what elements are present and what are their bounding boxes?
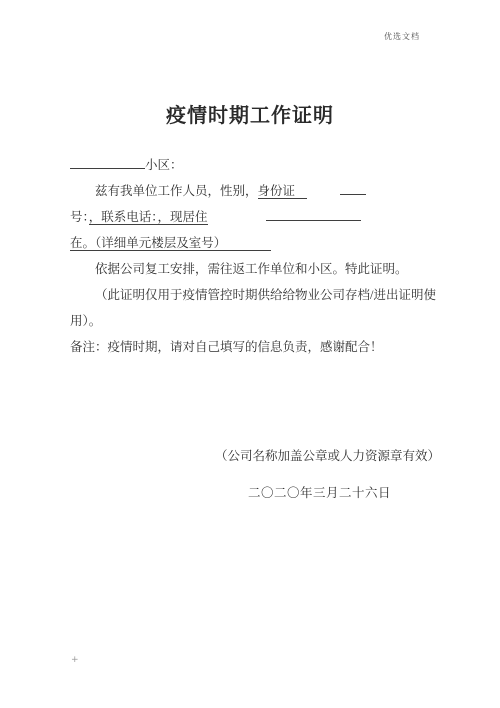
- community-label: 小区：: [145, 158, 183, 172]
- note-text: 备注：疫情时期，请对自己填写的信息负责，感谢配合！: [70, 340, 383, 354]
- scope-line-1: （此证明仅用于疫情管控时期供给给物业公司存档/进出证明使: [70, 282, 450, 308]
- intro-line: 兹有我单位工作人员，性别，身份证: [70, 178, 450, 204]
- blank-community-name: [70, 156, 145, 169]
- contact-underlined-text: ，联系电话：，现居住: [89, 210, 208, 225]
- document-body: 小区： 兹有我单位工作人员，性别，身份证 号：，联系电话：，现居住 在。（详细单…: [70, 152, 450, 360]
- page-title: 疫情时期工作证明: [0, 99, 500, 128]
- scope-line-2: 用）。: [70, 308, 450, 334]
- blank-id-number: [340, 182, 366, 195]
- note-line: 备注：疫情时期，请对自己填写的信息负责，感谢配合！: [70, 334, 450, 360]
- reason-line: 依据公司复工安排，需往返工作单位和小区。特此证明。: [70, 256, 450, 282]
- document-date: 二〇二〇年三月二十六日: [248, 483, 391, 501]
- community-line: 小区：: [70, 152, 450, 178]
- seal-validity-note: （公司名称加盖公章或人力资源章有效）: [215, 446, 440, 464]
- stray-cursor-mark: +: [71, 655, 79, 665]
- watermark-label: 优选文档: [384, 31, 420, 42]
- contact-prefix: 号：: [70, 210, 89, 224]
- intro-text: 兹有我单位工作人员，性别，: [95, 184, 258, 198]
- address-line: 在。（详细单元楼层及室号）: [70, 230, 450, 256]
- reason-text: 依据公司复工安排，需往返工作单位和小区。特此证明。: [95, 262, 408, 276]
- blank-residence: [266, 208, 361, 221]
- id-card-label: 身份证: [258, 184, 308, 199]
- address-underlined-text: 在。（详细单元楼层及室号）: [70, 236, 271, 251]
- document-page: 优选文档 疫情时期工作证明 小区： 兹有我单位工作人员，性别，身份证 号：，联系…: [0, 0, 500, 708]
- scope-text-2: 用）。: [70, 314, 101, 328]
- contact-line: 号：，联系电话：，现居住: [70, 204, 450, 230]
- scope-text-1: （此证明仅用于疫情管控时期供给给物业公司存档/进出证明使: [95, 288, 436, 302]
